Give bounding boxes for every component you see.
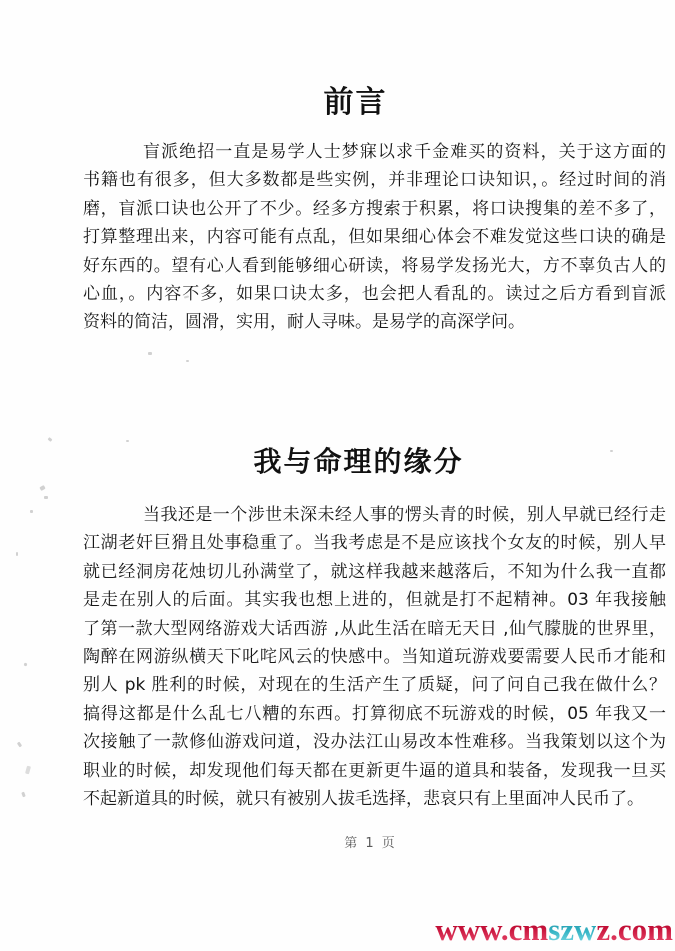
scan-speck [48,437,53,442]
text-line: 当我还是一个涉世未深未经人事的愣头青的时候，别人早就已经行走 [83,501,666,529]
site-watermark: www.cmszwz.com [435,911,673,949]
scanned-document-page: 前言 盲派绝招一直是易学人士梦寐以求千金难买的资料，关于这方面的 书籍也有很多，… [0,0,675,951]
text-line: 资料的简洁，圆滑，实用，耐人寻味。是易学的高深学问。 [83,308,666,336]
text-line: 江湖老奸巨猾且处事稳重了。当我考虑是不是应该找个女友的时候，别人早 [83,529,666,557]
scan-speck [39,485,45,491]
text-line: 好东西的。望有心人看到能够细心研读，将易学发扬光大，方不辜负古人的 [83,252,666,280]
watermark-segment: szw [548,912,596,947]
preface-paragraph: 盲派绝招一直是易学人士梦寐以求千金难买的资料，关于这方面的 书籍也有很多，但大多… [83,138,666,337]
text-line: 搞得这都是什么乱七八糟的东西。打算彻底不玩游戏的时候，05 年我又一 [83,700,666,728]
scan-speck [30,510,33,513]
scan-speck [610,450,613,452]
text-line: 盲派绝招一直是易学人士梦寐以求千金难买的资料，关于这方面的 [83,138,666,166]
preface-heading: 前言 [64,84,647,122]
scan-speck [21,792,26,798]
text-line: 打算整理出来，内容可能有点乱，但如果细心体会不难发觉这些口诀的确是 [83,223,666,251]
text-line: 陶醉在网游纵横天下叱咤风云的快感中。当知道玩游戏要需要人民币才能和 [83,643,666,671]
text-line: 心血，。内容不多，如果口诀太多，也会把人看乱的。读过之后方看到盲派 [83,280,666,308]
scan-speck [126,440,129,442]
text-line: 不起新道具的时候，就只有被别人拔毛选择，悲哀只有上里面冲人民币了。 [83,785,666,813]
text-line: 职业的时候，却发现他们每天都在更新更牛逼的道具和装备，发现我一旦买 [83,757,666,785]
text-line: 次接触了一款修仙游戏问道，没办法江山易改本性难移。当我策划以这个为 [83,728,666,756]
chapter-paragraph: 当我还是一个涉世未深未经人事的愣头青的时候，别人早就已经行走 江湖老奸巨猾且处事… [83,501,666,813]
scan-speck [145,178,148,180]
text-line: 书籍也有很多，但大多数都是些实例，并非理论口诀知识，。经过时间的消 [83,166,666,194]
chapter-heading: 我与命理的缘分 [67,444,650,480]
page-number: 第 1 页 [79,832,662,851]
scan-speck [148,352,152,355]
scan-speck [25,766,31,775]
text-line: 是走在别人的后面。其实我也想上进的，但就是打不起精神。03 年我接触 [83,586,666,614]
scan-speck [44,496,48,499]
text-line: 就已经洞房花烛切儿孙满堂了，就这样我越来越落后，不知为什么我一直都 [83,558,666,586]
watermark-segment: z.com [596,912,673,947]
watermark-segment: www.cm [435,912,548,947]
scan-speck [186,360,189,362]
text-line: 别人 pk 胜利的时候，对现在的生活产生了质疑，问了问自己我在做什么？ [83,671,666,699]
text-line: 了第一款大型网络游戏大话西游 ,从此生活在暗无天日 ,仙气朦胧的世界里， [83,615,666,643]
scan-speck [24,663,28,667]
scan-speck [16,552,18,556]
text-line: 磨，盲派口诀也公开了不少。经多方搜索于积累，将口诀搜集的差不多了， [83,195,666,223]
scan-speck [17,742,22,748]
